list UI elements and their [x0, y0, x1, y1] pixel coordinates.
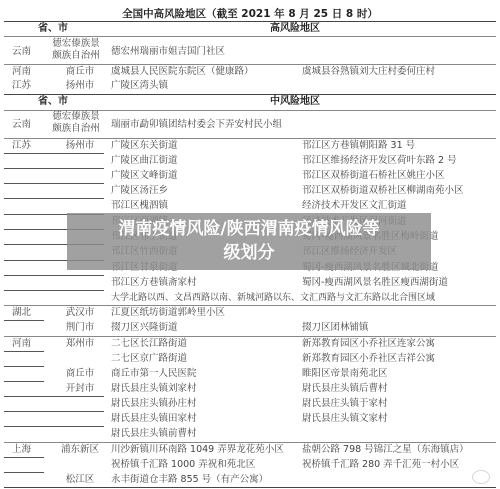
rule [4, 64, 496, 65]
area-cell: 永丰街道仓丰路 855 号（有产公寓） [111, 474, 268, 486]
city-cell: 商丘市 [50, 66, 110, 78]
area-cell: 邗江区双桥街道石桥社区姚庄小区 [302, 170, 445, 182]
rule [4, 411, 104, 412]
area-cell: 尉氏县庄头镇后曹村 [302, 383, 388, 395]
area-cell: 邗江区方巷镇朝阳路 31 号 [302, 140, 415, 152]
rule [4, 198, 104, 199]
city-cell: 荆门市 [50, 322, 110, 334]
medium-header-left: 省、市 [38, 96, 68, 108]
area-cell: 尉氏县庄头镇前曹村 [111, 428, 197, 440]
province-cell: 云南 [12, 119, 31, 131]
area-cell: 尉氏县庄头镇文家村 [302, 413, 388, 425]
area-cell: 广陵区文峰街道 [111, 170, 178, 182]
rule [4, 138, 496, 139]
rule [4, 153, 104, 154]
area-cell: 德宏州瑞丽市姐吉国门社区 [111, 46, 225, 58]
province-cell: 河南 [12, 338, 31, 350]
area-cell: 尉氏县庄头镇孙庄村 [111, 398, 197, 410]
province-cell: 河南 [12, 66, 31, 78]
high-header-left: 省、市 [38, 23, 68, 35]
area-cell: 祝桥镇千汇路 1000 弄祝和苑北区 [111, 459, 255, 471]
medium-header-right: 中风险地区 [270, 96, 320, 108]
area-cell: 邗江区维扬经济开发区荷叶东路 2 号 [302, 155, 457, 167]
area-cell: 睢阳区帝景南苑北区 [302, 368, 388, 380]
province-cell: 云南 [12, 46, 31, 58]
risk-area-document: 全国中高风险地区（截至 2021 年 8 月 25 日 8 时） 省、市 高风险… [0, 0, 500, 489]
rule [4, 183, 104, 184]
area-cell: 祝桥镇千汇路 280 弄千汇苑一村小区 [302, 459, 459, 471]
city-cell: 松江区 [50, 474, 110, 486]
rule [4, 351, 44, 352]
province-cell: 上海 [12, 444, 31, 456]
province-cell: 江苏 [12, 80, 31, 92]
city-cell: 郑州市 [50, 338, 110, 350]
document-title: 全国中高风险地区（截至 2021 年 8 月 25 日 8 时） [0, 6, 500, 21]
rule [4, 472, 44, 473]
rule [4, 366, 44, 367]
rule [4, 336, 496, 337]
rule [4, 290, 104, 291]
city-cell: 扬州市 [50, 140, 110, 152]
area-cell: 盐朝公路 798 号锦江之星（东海镇店） [302, 444, 469, 456]
area-cell: 广陵区曲江街道 [111, 155, 178, 167]
area-cell: 虞城县谷熟镇刘大庄村委何庄村 [302, 66, 435, 78]
area-cell: 尉氏县庄头镇田家村 [111, 413, 197, 425]
caption-line-1: 渭南疫情风险/陕西渭南疫情风险等 [67, 218, 431, 240]
city-cell: 德宏傣族景颇族自治州 [50, 111, 102, 135]
province-cell: 江苏 [12, 140, 31, 152]
rule [4, 168, 104, 169]
area-cell: 二七区长江路街道 [111, 338, 187, 350]
area-cell: 尉氏县庄头镇刘家村 [111, 383, 197, 395]
area-cell: 邗江区槐泗镇 [111, 200, 168, 212]
city-cell: 商丘市 [50, 368, 110, 380]
area-cell: 掇刀区兴隆街道 [111, 322, 178, 334]
area-cell: 新郑教育园区小乔社区吉祥公寓 [302, 353, 435, 365]
caption-line-2: 级划分 [67, 242, 431, 264]
city-cell: 德宏傣族景颇族自治州 [50, 38, 102, 62]
area-cell: 商丘市第一人民医院 [111, 368, 197, 380]
rule [4, 275, 104, 276]
rule [4, 442, 496, 443]
rule [4, 36, 496, 37]
area-cell: 江夏区纸坊街道郭岭里小区 [111, 307, 225, 319]
area-cell: 新郑教育园区小乔社区连家公寓 [302, 338, 435, 350]
rule [4, 487, 496, 488]
area-cell: 蜀冈-瘦西湖风景名胜区瘦西湖街道 [302, 277, 448, 289]
area-cell: 大学北路以西、文昌西路以南、新城河路以东、文汇西路与文汇东路以北合围区域 [111, 292, 435, 304]
area-cell: 邗江区方巷镇斋家村 [111, 277, 197, 289]
area-cell: 邗江区双桥街道双桥社区柳湖南苑小区 [302, 185, 464, 197]
rule [4, 457, 44, 458]
city-cell: 浦东新区 [50, 444, 110, 456]
wechat-watermark-icon [472, 470, 490, 484]
rule [4, 381, 44, 382]
province-cell: 湖北 [12, 307, 31, 319]
area-cell: 掇刀区团林铺镇 [302, 322, 369, 334]
rule [4, 94, 496, 95]
rule [4, 305, 496, 306]
high-header-right: 高风险地区 [270, 23, 320, 35]
area-cell: 广陵区汤汪乡 [111, 185, 168, 197]
rule [4, 426, 104, 427]
area-cell: 虞城县人民医院东院区（健康路） [111, 66, 254, 78]
area-cell: 二七区京广路街道 [111, 353, 187, 365]
area-cell: 瑞丽市勐卯镇团结村委会下弄安村民小组 [111, 119, 282, 131]
city-cell: 武汉市 [50, 307, 110, 319]
area-cell: 川沙新镇川环南路 1049 弄界龙花苑小区 [111, 444, 284, 456]
area-cell: 尉氏县庄头镇于家村 [302, 398, 388, 410]
rule [4, 320, 44, 321]
rule [4, 396, 104, 397]
area-cell: 广陵区东关街道 [111, 140, 178, 152]
city-cell: 开封市 [50, 383, 110, 395]
rule [4, 21, 496, 22]
area-cell: 经济技术开发区文汇街道 [302, 200, 407, 212]
area-cell: 广陵区湾头镇 [111, 80, 168, 92]
city-cell: 扬州市 [50, 80, 110, 92]
